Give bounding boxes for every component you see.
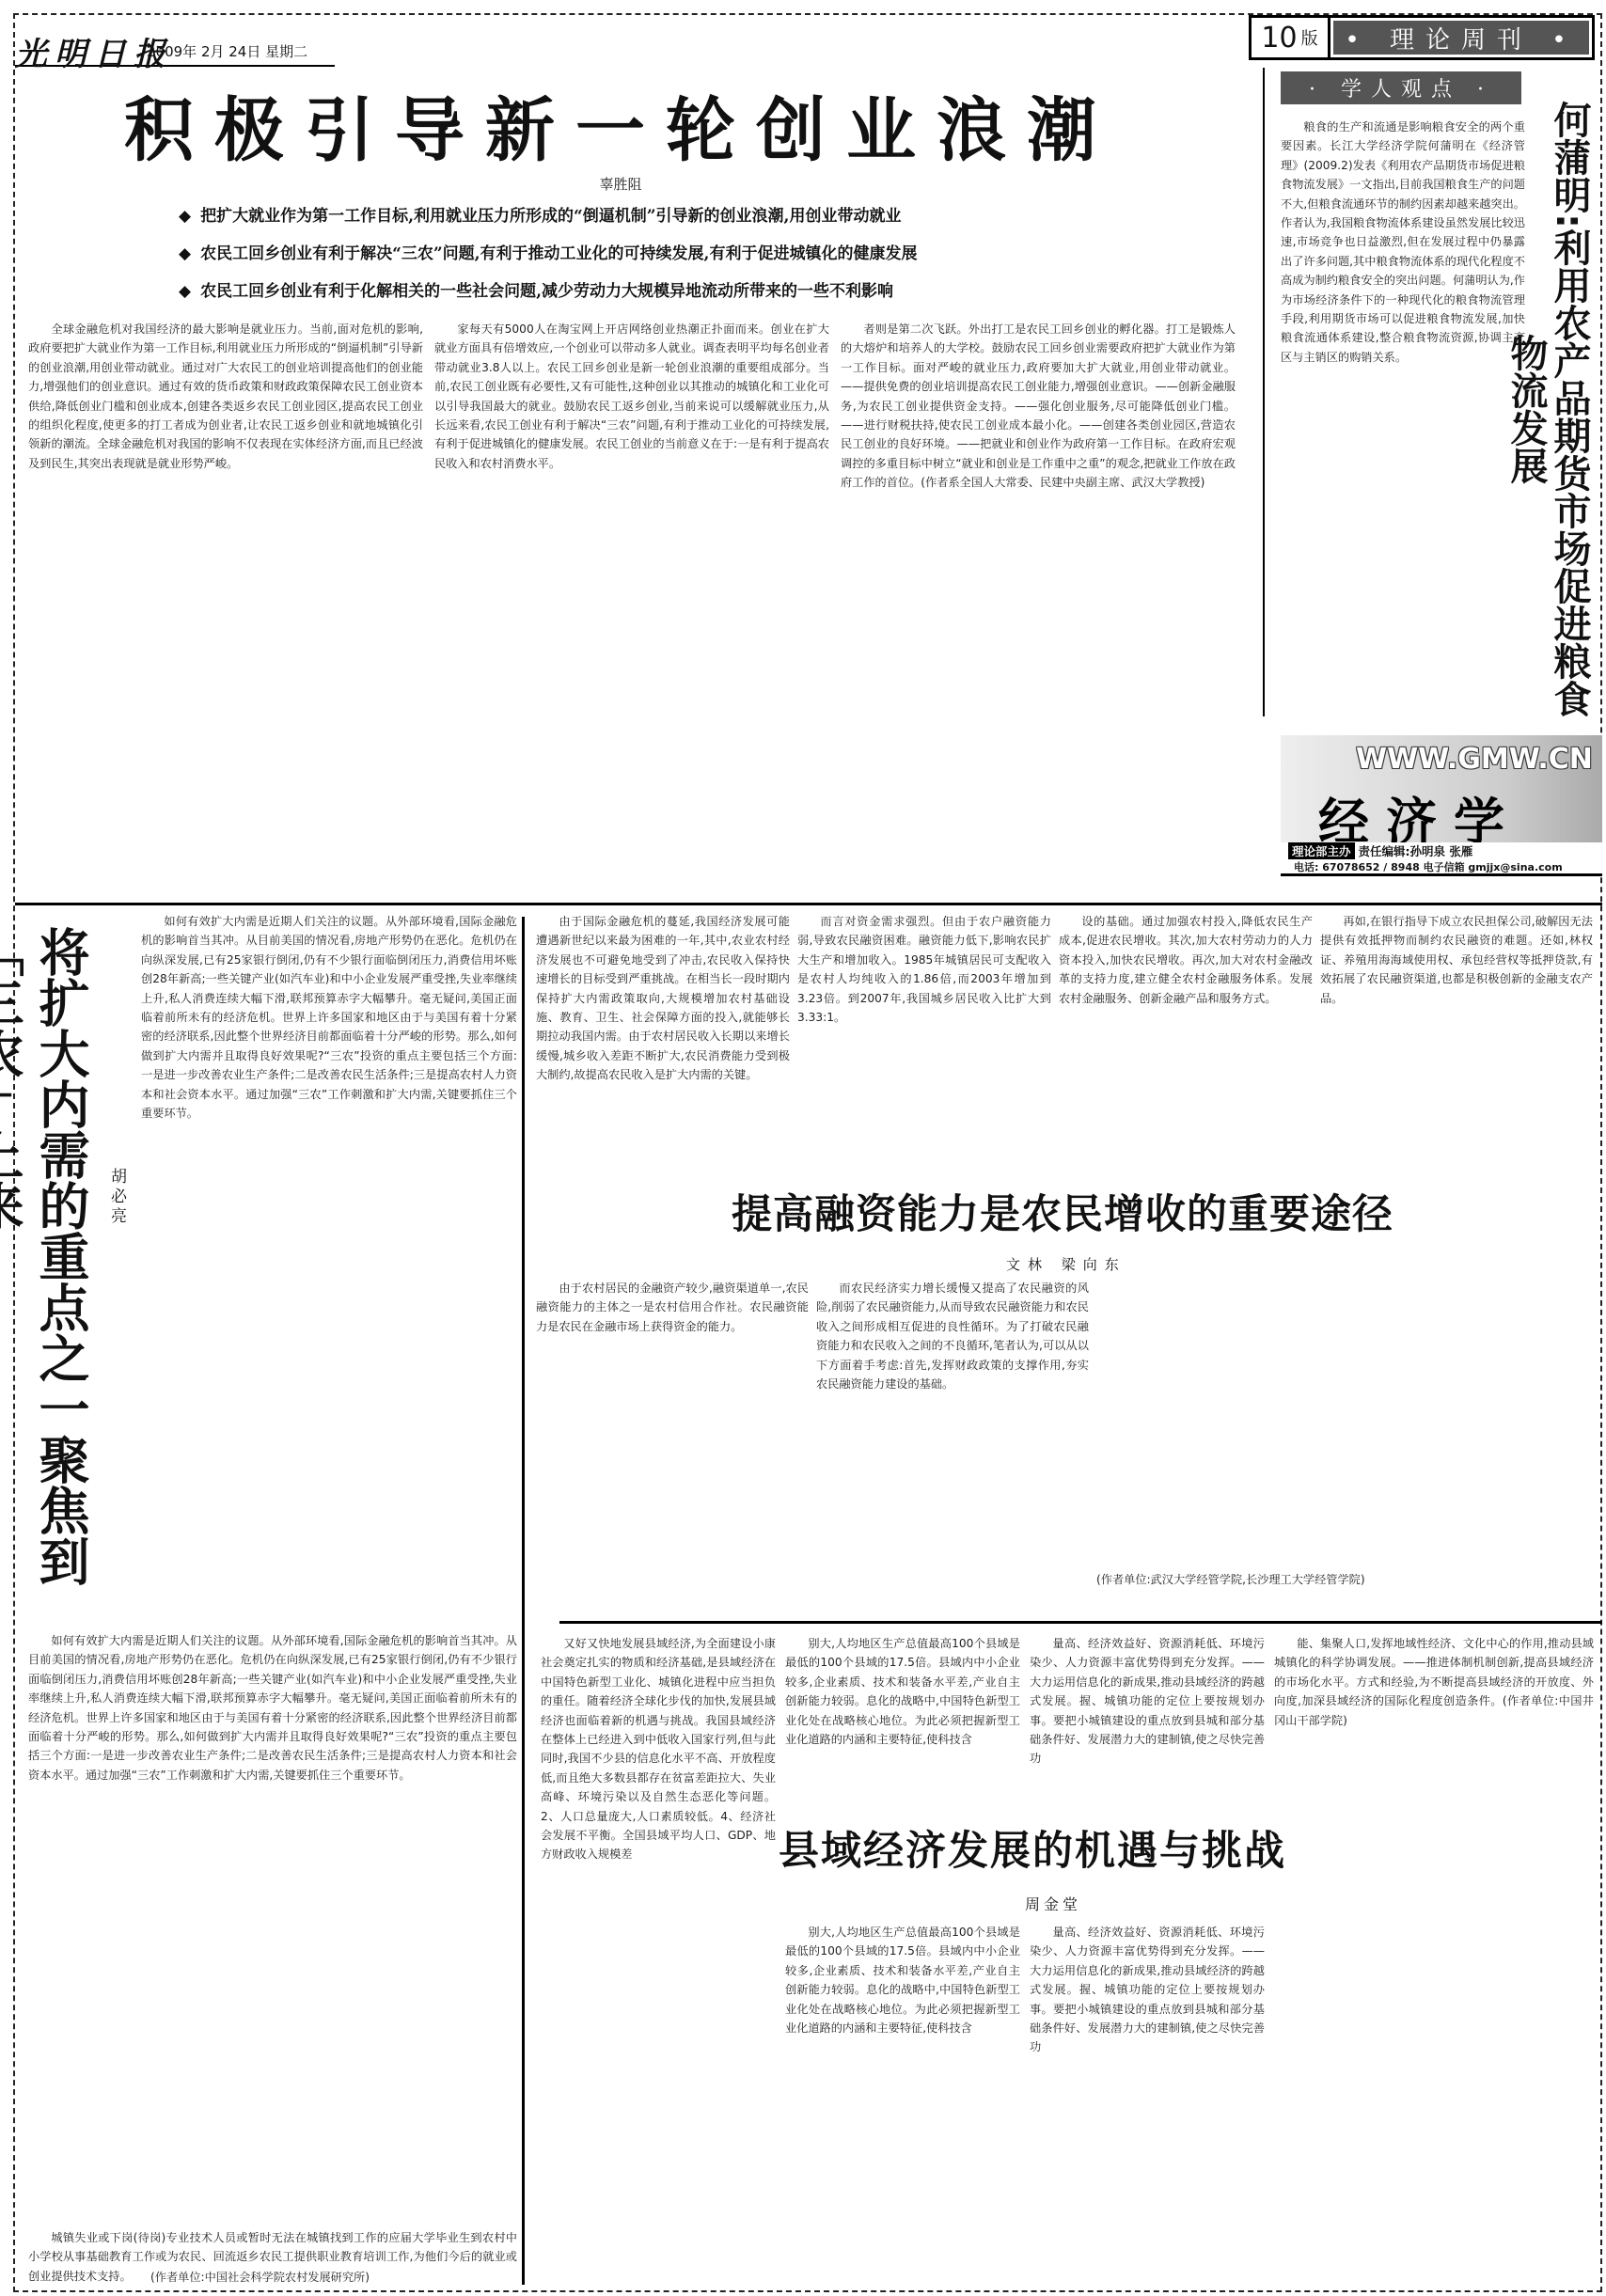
financing-column: 再如,在银行指导下成立农民担保公司,破解因无法提供有效抵押物而制约农民融资的难题… [1320,912,1593,1570]
editor-names: 责任编辑:孙明泉 张雁 [1359,842,1473,859]
masthead: 光明日报 2009年 2月 24日 星期二 [15,24,335,67]
editor-line: 理论部主办 责任编辑:孙明泉 张雁 [1281,842,1602,859]
section-divider [15,903,1602,905]
domestic-demand-column: 如何有效扩大内需是近期人们关注的议题。从外部环境看,国际金融危机的影响首当其冲。… [141,912,517,1627]
edition-box: 10版 • 理论周刊 • [1249,15,1595,60]
issue-date: 2009年 2月 24日 星期二 [147,41,307,61]
financing-column: 设的基础。通过加强农村投入,降低农民生产成本,促进农民增收。其次,加大农村劳动力… [1059,912,1313,1175]
county-column-lower: 量高、经济效益好、资源消耗低、环境污染少、人力资源丰富优势得到充分发挥。——大力… [1030,1923,1265,2285]
highlight-item: 农民工回乡创业有利于化解相关的一些社会问题,减少劳动力大规模异地流动所带来的一些… [179,277,1213,301]
county-article-title: 县域经济发展的机遇与挑战 [779,1819,1380,1877]
column-rule [522,917,525,2285]
domestic-demand-author: 胡必亮 [105,1168,129,1227]
main-article-author: 辜胜阻 [28,174,1213,194]
sidebar-body: 粮食的生产和流通是影响粮食安全的两个重要因素。长江大学经济学院何蒲明在《经济管理… [1281,118,1525,719]
sidebar-section-label: · 学人观点 · [1281,71,1521,104]
main-article-title: 积极引导新一轮创业浪潮 [28,75,1213,175]
domestic-demand-title: 将扩大内需的重点之一聚焦到「三农」上来 [28,926,94,1641]
financing-affiliation: (作者单位:武汉大学经管学院,长沙理工大学经管学院) [1096,1570,1595,1593]
highlight-item: 农民工回乡创业有利于解决“三农”问题,有利于推动工业化的可持续发展,有利于促进城… [179,240,1213,263]
website-url[interactable]: WWW.GMW.CN [1356,743,1593,776]
domestic-demand-affiliation: (作者单位:中国社会科学院农村发展研究所) [150,2268,508,2288]
county-column: 别大,人均地区生产总值最高100个县域是最低的100个县域的17.5倍。县域内中… [785,1634,1020,1813]
main-article-highlights: 把扩大就业作为第一工作目标,利用就业压力所形成的“倒逼机制”引导新的创业浪潮,用… [179,202,1213,315]
sidebar-vertical-title: 何蒲明:利用农产品期货市场促进粮食物流发展 [1535,99,1591,719]
county-article-author: 周金堂 [1025,1893,1081,1914]
highlight-item: 把扩大就业作为第一工作目标,利用就业压力所形成的“倒逼机制”引导新的创业浪潮,用… [179,202,1213,226]
county-column-lower: 别大,人均地区生产总值最高100个县域是最低的100个县域的17.5倍。县域内中… [785,1923,1020,2285]
edition-number: 10版 [1252,18,1330,57]
domestic-demand-column-lower: 如何有效扩大内需是近期人们关注的议题。从外部环境看,国际金融危机的影响首当其冲。… [28,1631,517,2214]
financing-body: 由于农村居民的金融资产较少,融资渠道单一,农民融资能力的主体之一是农村信用合作社… [536,1279,809,1598]
financing-article-title: 提高融资能力是农民增收的重要途径 [732,1183,1409,1240]
section-divider [559,1621,1602,1624]
financing-body: 而农民经济实力增长缓慢又提高了农民融资的风险,削弱了农民融资能力,从而导致农民融… [816,1279,1089,1598]
county-column: 能、集聚人口,发挥地域性经济、文化中心的作用,推动县域城镇化的科学协调发展。——… [1274,1634,1594,2283]
main-article-column: 全球金融危机对我国经济的最大影响是就业压力。当前,面对危机的影响,政府要把扩大就… [28,320,423,903]
host-label: 理论部主办 [1288,842,1355,859]
county-column: 又好又快地发展县域经济,为全面建设小康社会奠定扎实的物质和经济基础,是县域经济在… [541,1634,776,2283]
contact-line: 电话: 67078652 / 8948 电子信箱 gmjjx@sina.com [1281,859,1602,876]
edition-name: • 理论周刊 • [1333,21,1589,55]
sidebar-rule [1263,68,1265,716]
financing-article-author: 文林 梁向东 [1006,1254,1126,1274]
gmw-economics-banner: WWW.GMW.CN 经济学 理论部主办 责任编辑:孙明泉 张雁 电话: 670… [1281,735,1602,876]
county-column: 量高、经济效益好、资源消耗低、环境污染少、人力资源丰富优势得到充分发挥。——大力… [1030,1634,1265,1813]
main-article-column: 家每天有5000人在淘宝网上开店网络创业热潮正扑面而来。创业在扩大就业方面具有倍… [434,320,829,903]
financing-column: 而言对资金需求强烈。但由于农户融资能力弱,导致农民融资困难。融资能力低下,影响农… [797,912,1051,1175]
main-article-column: 者则是第二次飞跃。外出打工是农民工回乡创业的孵化器。打工是锻炼人的大熔炉和培养人… [841,320,1236,903]
